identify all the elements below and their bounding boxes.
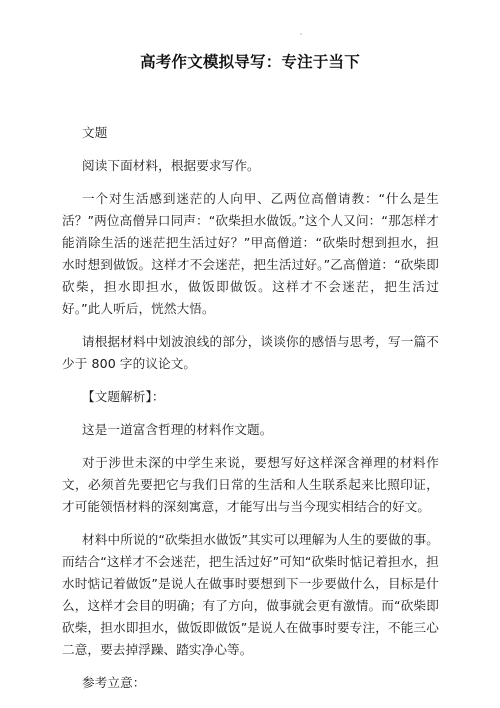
requirement-paragraph: 请根据材料中划波浪线的部分，谈谈你的感悟与思考，写一篇不少于 800 字的议论文… <box>62 331 439 375</box>
section-heading-analysis: 【文题解析】： <box>62 386 439 408</box>
section-heading-prompt: 文题 <box>62 122 439 144</box>
analysis-paragraph-2: 对于涉世未深的中学生来说，要想写好这样深含禅理的材料作文，必须首先要把它与我们日… <box>62 452 439 518</box>
scan-speck <box>300 33 302 35</box>
section-heading-reference: 参考立意： <box>62 672 439 694</box>
document-page: 高考作文模拟导写：专注于当下 文题 阅读下面材料，根据要求写作。 一个对生活感到… <box>0 0 500 708</box>
material-paragraph: 一个对生活感到迷茫的人向甲、乙两位高僧请教：“什么是生活？”两位高僧异口同声：“… <box>62 188 439 320</box>
analysis-paragraph-1: 这是一道富含哲理的材料作文题。 <box>62 419 439 441</box>
document-title: 高考作文模拟导写：专注于当下 <box>0 50 500 72</box>
document-body: 文题 阅读下面材料，根据要求写作。 一个对生活感到迷茫的人向甲、乙两位高僧请教：… <box>62 122 439 694</box>
instruction-paragraph: 阅读下面材料，根据要求写作。 <box>62 155 439 177</box>
analysis-paragraph-3: 材料中所说的“砍柴担水做饭”其实可以理解为人生的要做的事。而结合“这样才不会迷茫… <box>62 529 439 661</box>
